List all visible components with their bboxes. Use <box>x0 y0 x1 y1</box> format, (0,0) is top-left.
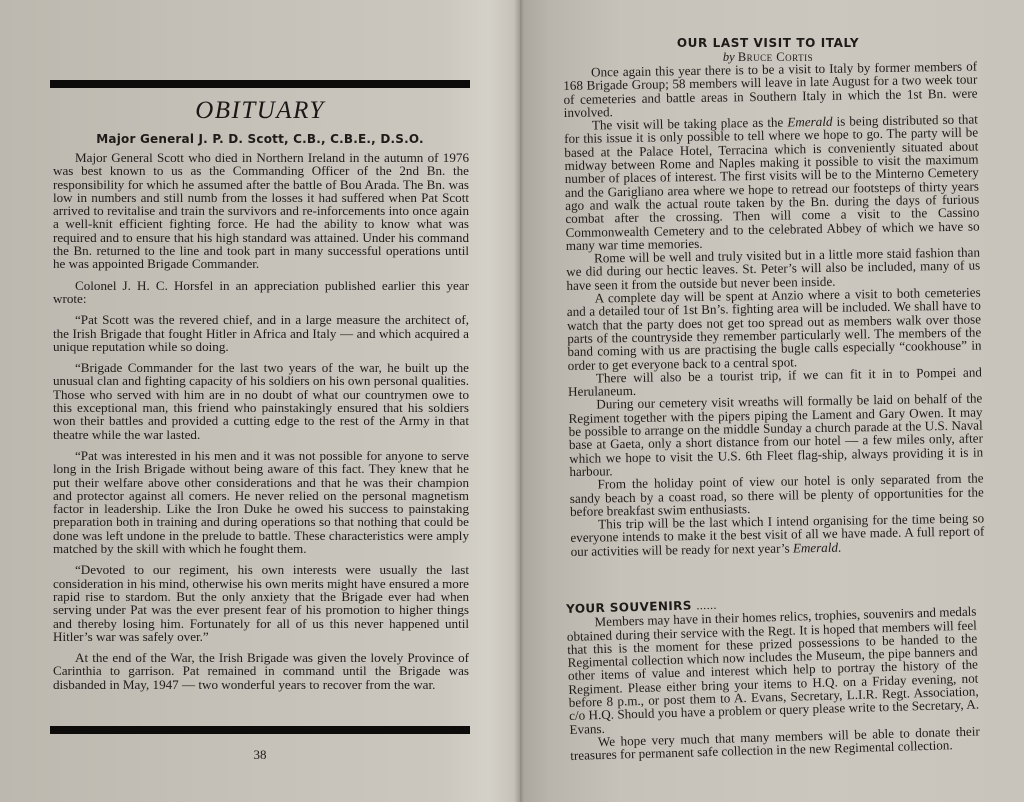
article-paragraph: A complete day will be spent at Anzio wh… <box>567 286 982 372</box>
obituary-quote: “Pat was interested in his men and it wa… <box>53 449 469 555</box>
book-gutter <box>514 0 524 802</box>
magazine-name: Emerald <box>793 539 838 555</box>
article-paragraph: The visit will be taking place as the Em… <box>564 113 980 252</box>
text-run: is being distributed so that for this is… <box>564 112 980 253</box>
obituary-subtitle: Major General J. P. D. Scott, C.B., C.B.… <box>50 132 470 146</box>
article-body: Once again this year there is to be a vi… <box>563 59 985 557</box>
obituary-title: OBITUARY <box>50 97 470 125</box>
article-title: OUR LAST VISIT TO ITALY <box>556 36 980 50</box>
obituary-paragraph: At the end of the War, the Irish Brigade… <box>53 651 469 691</box>
text-run: . <box>838 539 842 554</box>
article-paragraph: During our cemetery visit wreaths will f… <box>568 392 983 478</box>
obituary-paragraph: Major General Scott who died in Northern… <box>53 151 469 271</box>
top-black-rule <box>50 80 470 88</box>
obituary-quote: “Pat Scott was the revered chief, and in… <box>53 313 469 353</box>
obituary-quote: “Brigade Commander for the last two year… <box>53 361 469 441</box>
article-paragraph: This trip will be the last which I inten… <box>570 512 985 558</box>
obituary-quote: “Devoted to our regiment, his own intere… <box>53 563 469 643</box>
text-run: This trip will be the last which I inten… <box>570 511 984 559</box>
obituary-body: Major General Scott who died in Northern… <box>53 151 469 691</box>
souvenirs-section: YOUR SOUVENIRS ...... Members may have i… <box>566 592 980 763</box>
obituary-paragraph: Colonel J. H. C. Horsfel in an appreciat… <box>53 279 469 306</box>
bottom-black-rule <box>50 726 470 734</box>
article-paragraph: Once again this year there is to be a vi… <box>563 59 978 119</box>
page-number: 38 <box>50 747 470 763</box>
souvenirs-paragraph: Members may have in their homes relics, … <box>566 605 979 736</box>
